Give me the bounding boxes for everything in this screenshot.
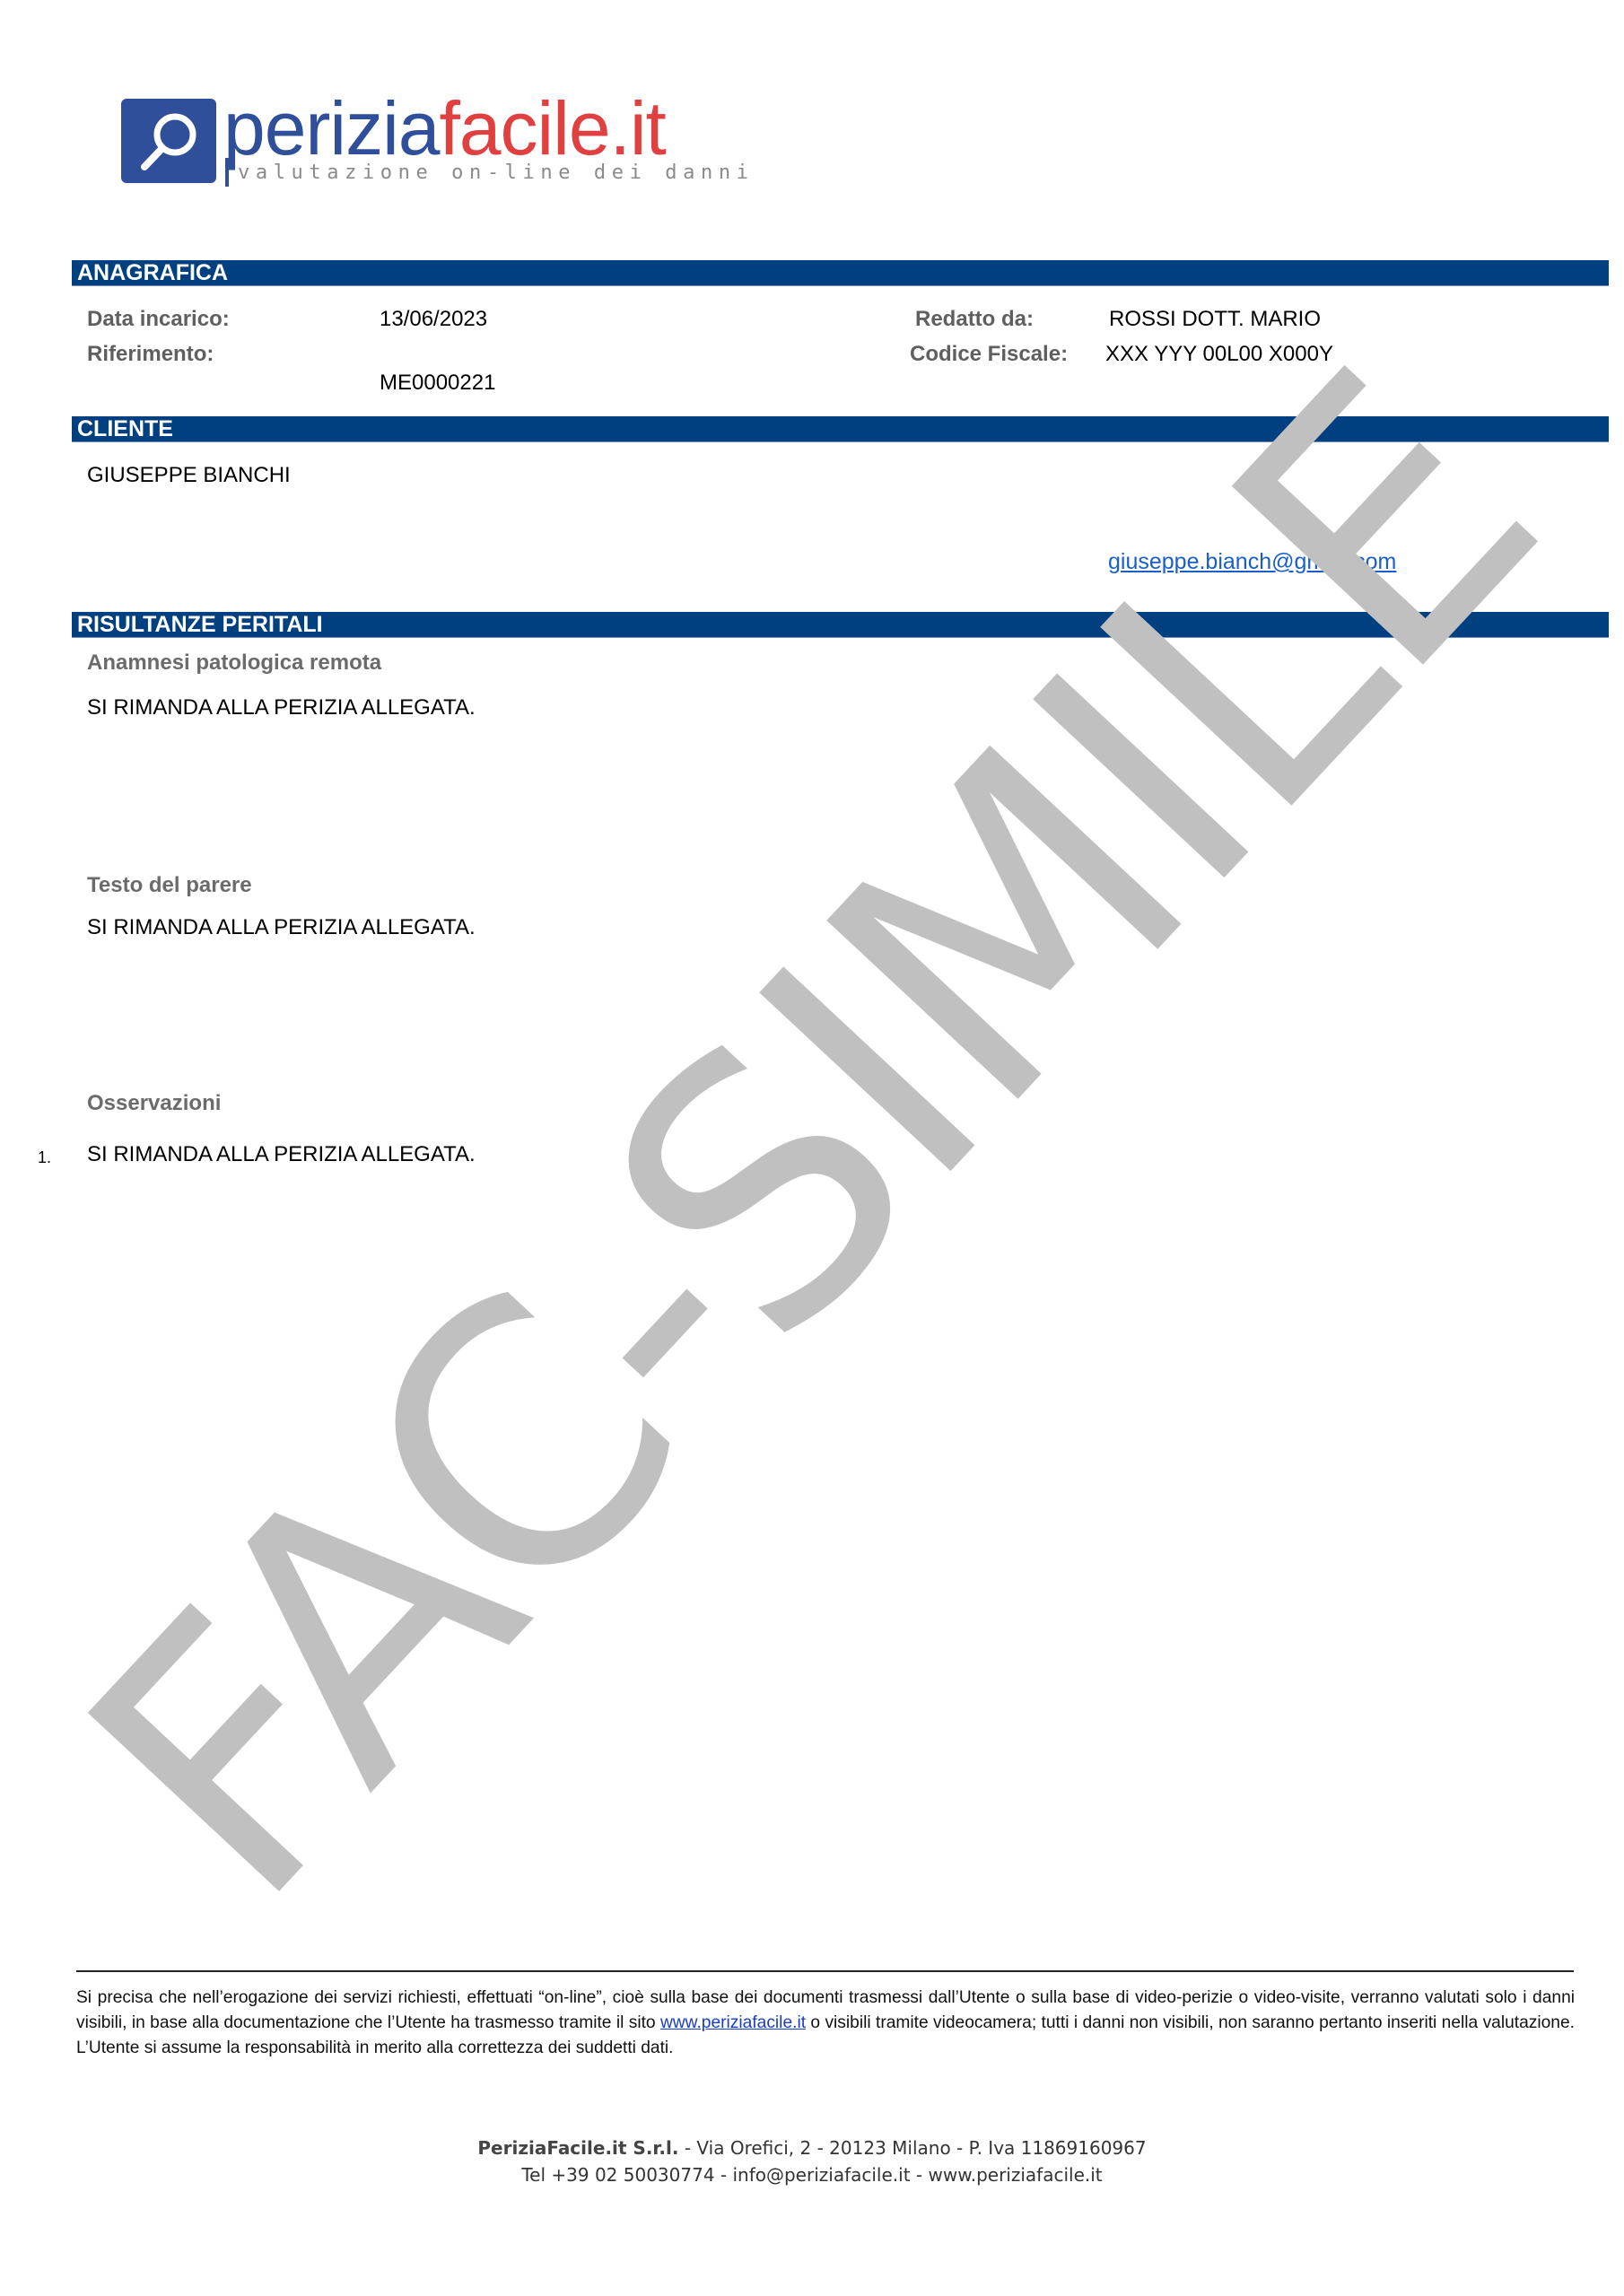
codice-fiscale-label: Codice Fiscale: xyxy=(910,342,1068,367)
section-title: RISULTANZE PERITALI xyxy=(77,611,323,638)
section-bar-risultanze: RISULTANZE PERITALI xyxy=(72,612,1609,638)
logo-divider xyxy=(225,158,229,187)
client-email-link[interactable]: giuseppe.bianch@gmail.com xyxy=(1108,549,1396,575)
logo-wordmark: periziafacile.it xyxy=(223,88,666,169)
section-bar-anagrafica: ANAGRAFICA xyxy=(72,260,1609,286)
osservazione-text: SI RIMANDA ALLA PERIZIA ALLEGATA. xyxy=(87,1142,476,1167)
redatto-value: ROSSI DOTT. MARIO xyxy=(1109,307,1321,332)
logo-tagline: valutazione on-line dei danni xyxy=(238,162,755,184)
section-title: CLIENTE xyxy=(77,415,173,442)
riferimento-value: ME0000221 xyxy=(380,371,495,396)
company-name: PeriziaFacile.it S.r.l. xyxy=(477,2137,678,2159)
website-link[interactable]: www.periziafacile.it xyxy=(660,2013,806,2032)
osservazioni-title: Osservazioni xyxy=(87,1091,221,1116)
logo: periziafacile.it valutazione on-line dei… xyxy=(121,99,740,188)
logo-word-perizia: perizia xyxy=(223,86,439,170)
osservazione-number: 1. xyxy=(38,1148,51,1167)
client-name: GIUSEPPE BIANCHI xyxy=(87,463,291,488)
section-bar-cliente: CLIENTE xyxy=(72,416,1609,442)
riferimento-label: Riferimento: xyxy=(87,342,214,367)
parere-title: Testo del parere xyxy=(87,873,252,898)
codice-fiscale-value: XXX YYY 00L00 X000Y xyxy=(1105,342,1333,367)
anamnesi-title: Anamnesi patologica remota xyxy=(87,650,381,676)
magnifier-icon xyxy=(121,99,216,183)
company-contacts: Tel +39 02 50030774 - info@periziafacile… xyxy=(0,2164,1624,2186)
logo-word-facile: facile.it xyxy=(439,86,665,170)
parere-text: SI RIMANDA ALLA PERIZIA ALLEGATA. xyxy=(87,915,476,940)
footer-disclaimer: Si precisa che nell’erogazione dei servi… xyxy=(76,1986,1575,2061)
data-incarico-value: 13/06/2023 xyxy=(380,307,487,332)
footer-divider xyxy=(76,1970,1574,1972)
anamnesi-text: SI RIMANDA ALLA PERIZIA ALLEGATA. xyxy=(87,695,476,720)
data-incarico-label: Data incarico: xyxy=(87,307,230,332)
section-title: ANAGRAFICA xyxy=(77,259,228,286)
redatto-label: Redatto da: xyxy=(915,307,1034,332)
company-info: PeriziaFacile.it S.r.l. - Via Orefici, 2… xyxy=(0,2137,1624,2159)
company-address: - Via Orefici, 2 - 20123 Milano - P. Iva… xyxy=(678,2137,1146,2159)
